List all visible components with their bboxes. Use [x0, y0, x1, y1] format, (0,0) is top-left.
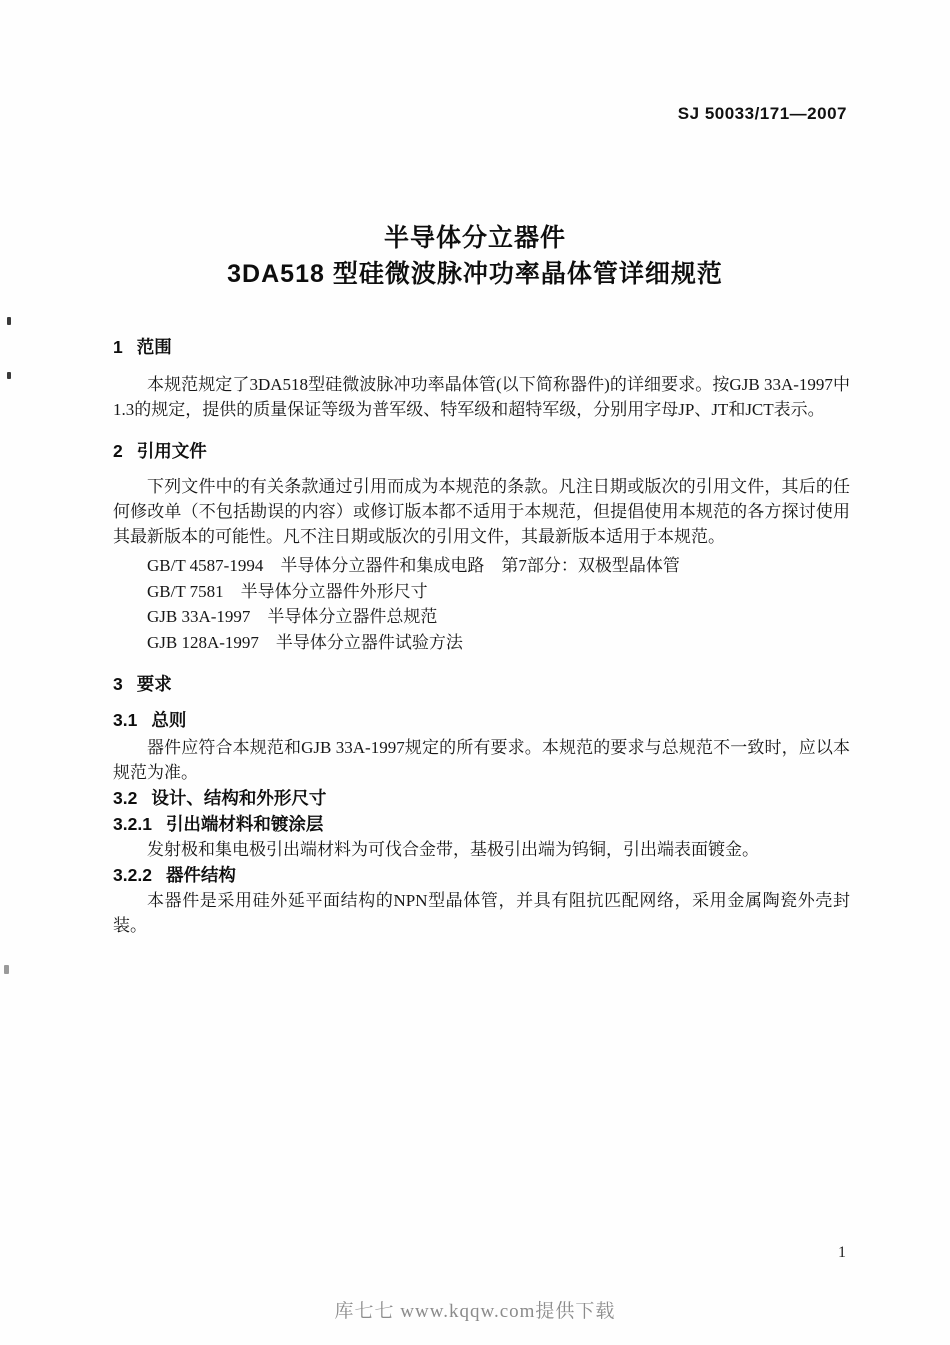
scan-artifact: [7, 372, 11, 379]
scan-artifact: [4, 965, 9, 974]
section-number: 3.2: [113, 788, 137, 808]
section-3-2-1-heading: 3.2.1引出端材料和镀涂层: [113, 811, 850, 837]
section-number: 3: [113, 674, 123, 694]
title-line-2: 3DA518 型硅微波脉冲功率晶体管详细规范: [0, 256, 950, 292]
title-line-1: 半导体分立器件: [0, 220, 950, 256]
section-title: 引用文件: [137, 441, 207, 461]
section-1-heading: 1范围: [113, 334, 850, 360]
section-3-1-heading: 3.1总则: [113, 707, 850, 733]
section-3-1-paragraph: 器件应符合本规范和GJB 33A-1997规定的所有要求。本规范的要求与总规范不…: [113, 735, 850, 785]
section-3-2-2-heading: 3.2.2器件结构: [113, 862, 850, 888]
scan-artifact: [7, 317, 11, 325]
document-title: 半导体分立器件 3DA518 型硅微波脉冲功率晶体管详细规范: [0, 220, 950, 292]
doc-code: SJ 50033/171—2007: [678, 104, 847, 124]
reference-list: GB/T 4587-1994 半导体分立器件和集成电路 第7部分：双极型晶体管 …: [113, 553, 850, 655]
section-3-heading: 3要求: [113, 671, 850, 697]
section-title: 要求: [137, 674, 172, 694]
section-2-heading: 2引用文件: [113, 438, 850, 464]
document-body: 1范围 本规范规定了3DA518型硅微波脉冲功率晶体管(以下简称器件)的详细要求…: [113, 330, 850, 938]
section-2-paragraph: 下列文件中的有关条款通过引用而成为本规范的条款。凡注日期或版次的引用文件，其后的…: [113, 474, 850, 549]
section-number: 3.1: [113, 710, 137, 730]
section-3-2-1-paragraph: 发射极和集电极引出端材料为可伐合金带，基极引出端为钨铜，引出端表面镀金。: [113, 837, 850, 862]
section-title: 设计、结构和外形尺寸: [151, 788, 326, 808]
reference-item: GB/T 7581 半导体分立器件外形尺寸: [113, 579, 850, 605]
reference-item: GB/T 4587-1994 半导体分立器件和集成电路 第7部分：双极型晶体管: [113, 553, 850, 579]
page-number: 1: [838, 1244, 846, 1262]
section-title: 引出端材料和镀涂层: [166, 814, 324, 834]
section-title: 器件结构: [166, 865, 236, 885]
section-number: 3.2.2: [113, 865, 152, 885]
watermark-text: 库七七 www.kqqw.com提供下载: [0, 1296, 950, 1323]
section-number: 2: [113, 441, 123, 461]
document-page: SJ 50033/171—2007 半导体分立器件 3DA518 型硅微波脉冲功…: [0, 0, 950, 1345]
section-3-2-heading: 3.2设计、结构和外形尺寸: [113, 785, 850, 811]
section-number: 3.2.1: [113, 814, 152, 834]
section-3-2-2-paragraph: 本器件是采用硅外延平面结构的NPN型晶体管，并具有阻抗匹配网络，采用金属陶瓷外壳…: [113, 888, 850, 938]
section-1-paragraph: 本规范规定了3DA518型硅微波脉冲功率晶体管(以下简称器件)的详细要求。按GJ…: [113, 372, 850, 422]
section-title: 总则: [151, 710, 186, 730]
reference-item: GJB 33A-1997 半导体分立器件总规范: [113, 604, 850, 630]
section-title: 范围: [137, 337, 172, 357]
reference-item: GJB 128A-1997 半导体分立器件试验方法: [113, 630, 850, 656]
section-number: 1: [113, 337, 123, 357]
